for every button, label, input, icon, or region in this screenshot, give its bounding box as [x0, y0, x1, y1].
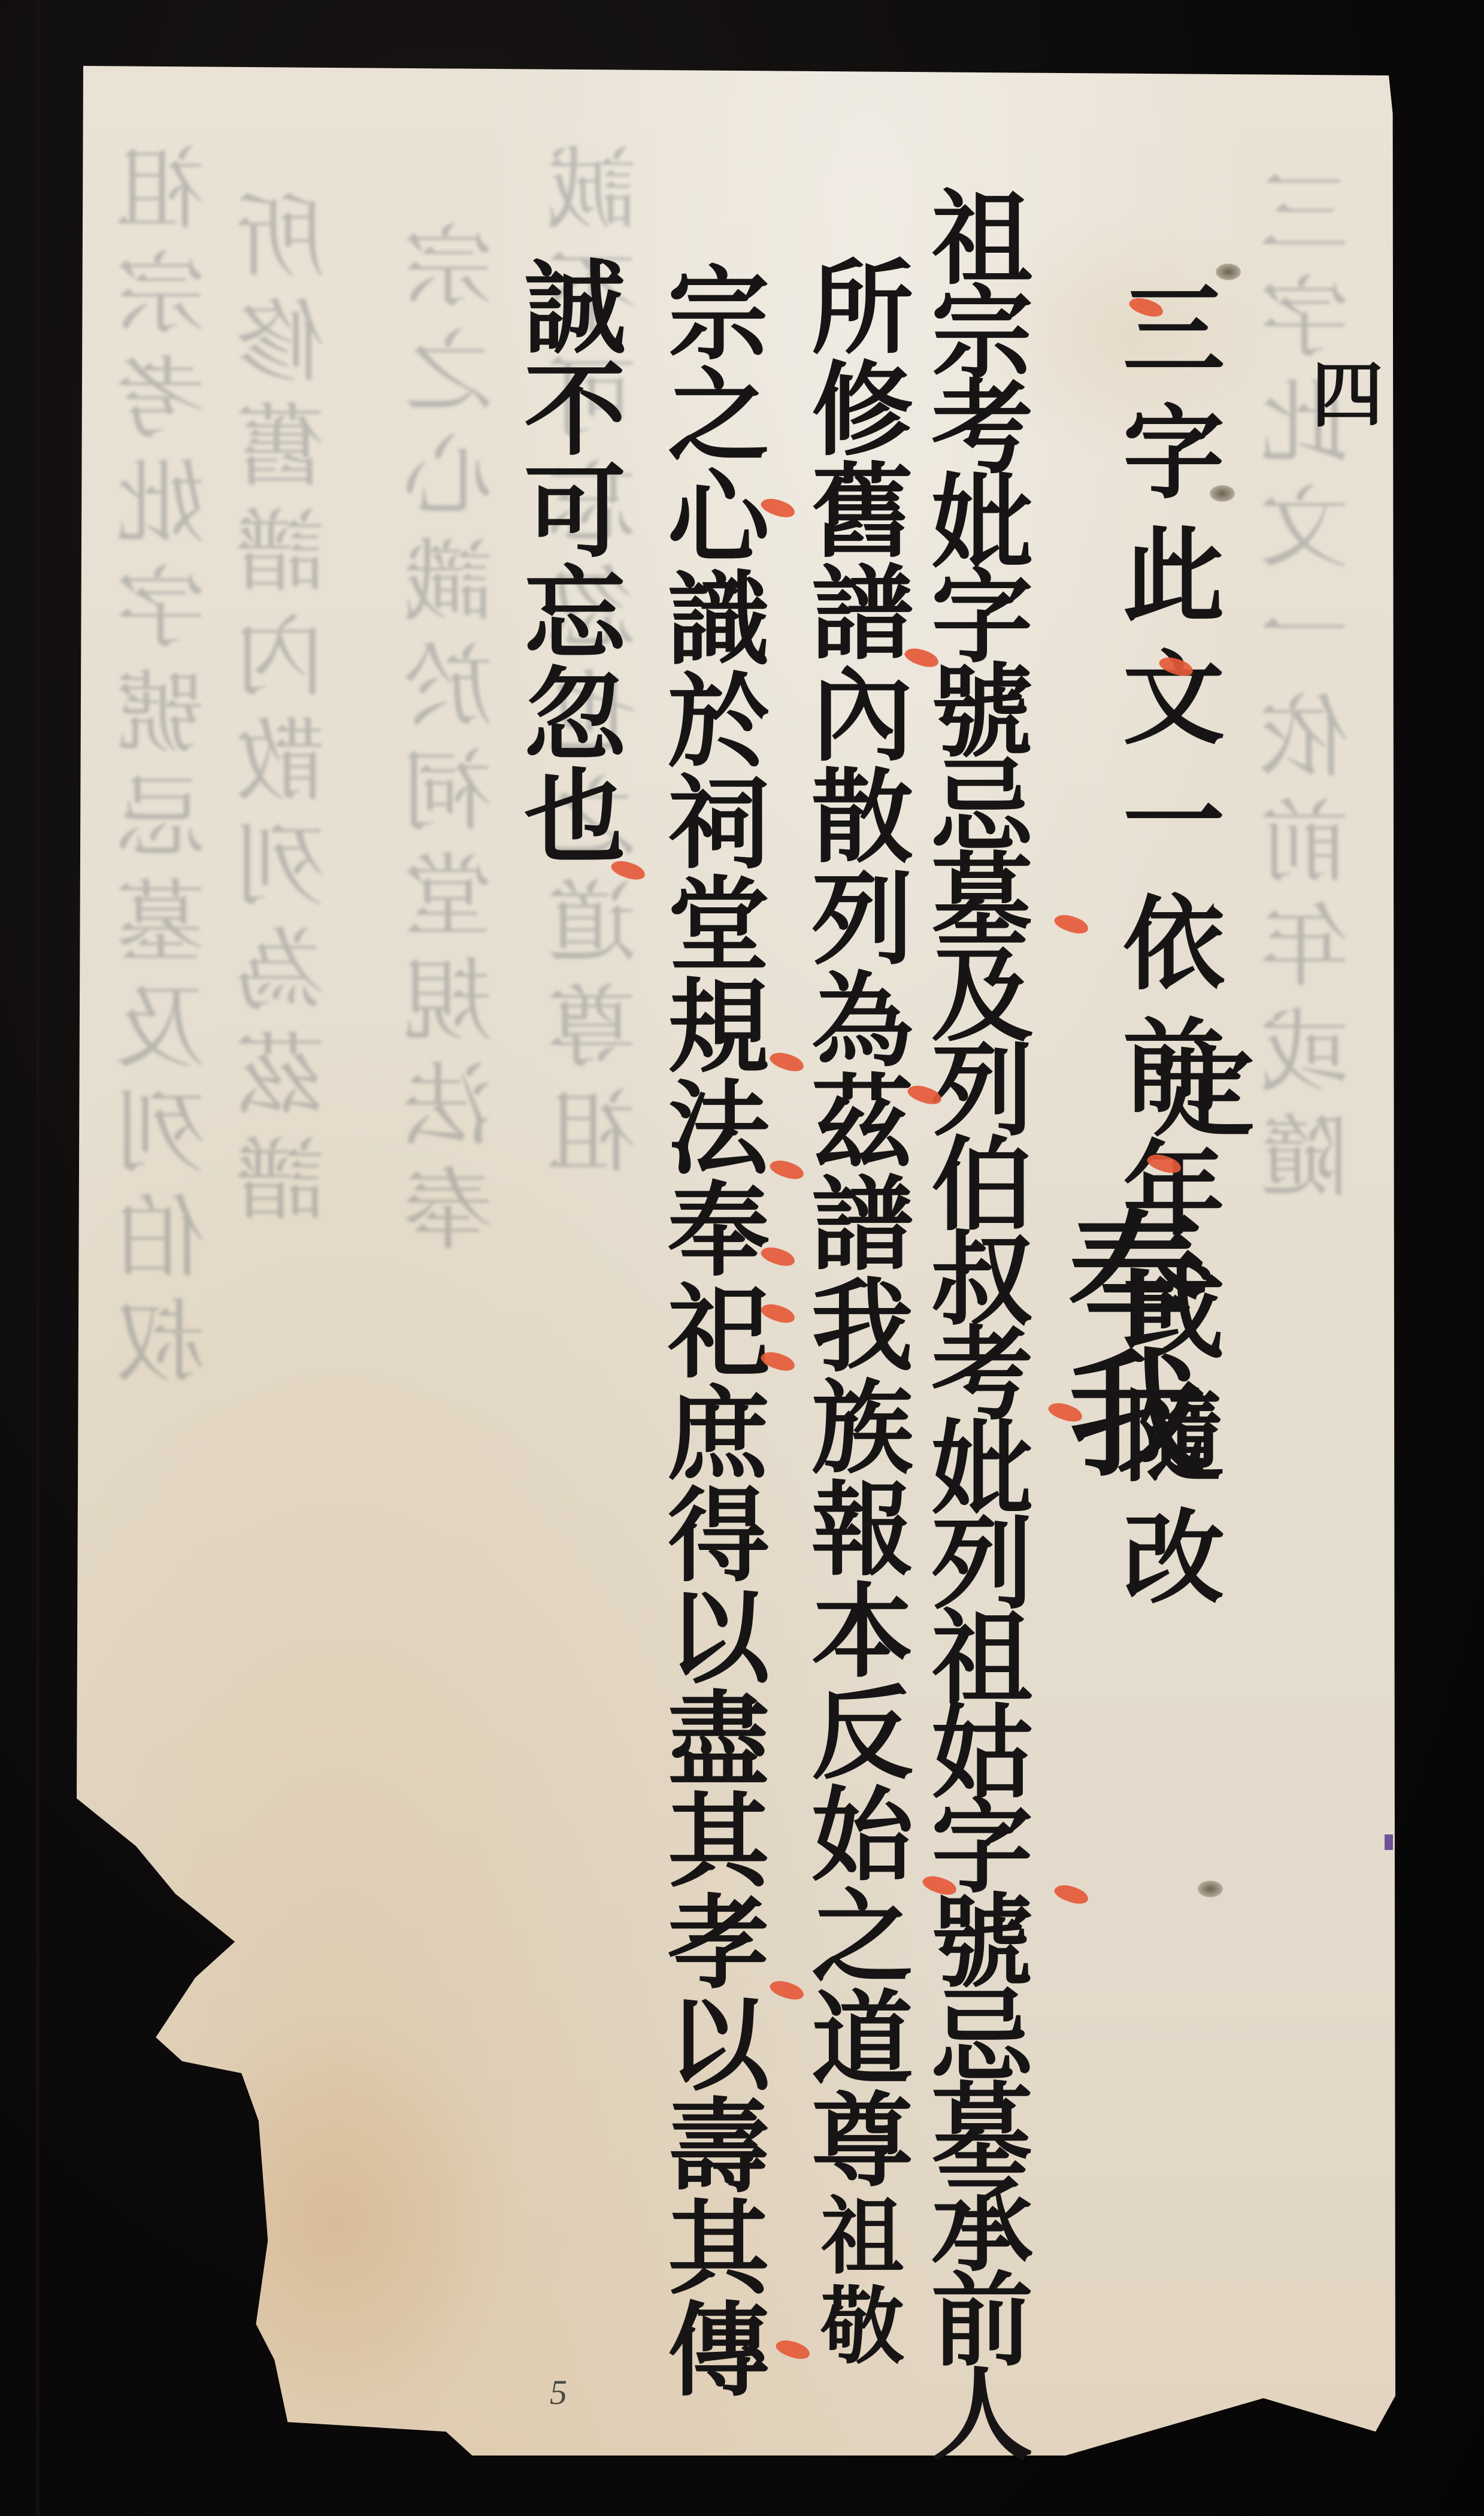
glyph: 散 [811, 767, 913, 868]
bleed-through-column: 所修舊譜內散列為茲譜 [220, 186, 340, 1234]
text-column-1-continuation: 奉我 [1048, 1192, 1204, 1491]
glyph: 定 [1153, 1030, 1255, 1153]
glyph: 姑 [931, 1706, 1033, 1800]
glyph: 祖 [931, 1611, 1033, 1706]
glyph: 叔 [931, 1233, 1033, 1327]
ghost-glyph: 為 [235, 919, 325, 1024]
glyph: 號 [931, 1895, 1033, 1990]
ghost-glyph: 宗 [403, 216, 493, 320]
glyph: 修 [811, 359, 913, 461]
glyph: 得 [668, 1485, 770, 1587]
glyph: 其 [668, 2198, 770, 2300]
ghost-glyph: 祠 [403, 740, 493, 844]
glyph: 始 [811, 1785, 913, 1887]
ghost-glyph: 祖 [547, 1081, 637, 1186]
glyph: 前 [931, 2273, 1033, 2368]
glyph: 之 [668, 365, 770, 467]
glyph: 字 [1123, 392, 1225, 515]
ghost-glyph: 所 [235, 186, 325, 290]
glyph: 孝 [668, 1893, 770, 1994]
glyph: 奉 [668, 1180, 770, 1282]
glyph: 敬 [820, 2282, 904, 2372]
glyph: 字 [931, 570, 1033, 665]
ghost-glyph: 號 [116, 662, 205, 767]
glyph: 族 [811, 1377, 913, 1479]
glyph: 誠 [524, 258, 626, 359]
glyph: 忌 [931, 1990, 1033, 2084]
glyph: 茲 [811, 1072, 913, 1174]
ghost-glyph: 妣 [116, 452, 205, 557]
glyph: 所 [811, 258, 913, 359]
glyph: 考 [931, 1327, 1033, 1422]
glyph: 識 [668, 569, 770, 671]
ghost-glyph: 字 [116, 557, 205, 662]
ghost-glyph: 宗 [116, 243, 205, 347]
glyph: 號 [931, 665, 1033, 759]
glyph: 改 [1123, 1497, 1225, 1620]
glyph: 內 [811, 665, 913, 767]
ghost-glyph: 堂 [403, 844, 493, 949]
ghost-glyph: 識 [403, 530, 493, 635]
glyph: 譜 [811, 1174, 913, 1276]
glyph: 法 [668, 1078, 770, 1180]
bleed-through-column: 祖宗考妣字號忌墓及列伯叔 [101, 138, 220, 1395]
page-number: 5 [550, 2372, 574, 2414]
ghost-glyph: 規 [403, 949, 493, 1054]
glyph: 譜 [811, 563, 913, 665]
ghost-glyph: 列 [116, 1081, 205, 1186]
glyph: 於 [668, 671, 770, 773]
glyph: 依 [1123, 883, 1225, 1006]
glyph: 我 [811, 1276, 913, 1377]
ghost-glyph: 內 [235, 605, 325, 710]
ghost-glyph: 忌 [116, 767, 205, 871]
glyph: 祀 [668, 1282, 770, 1383]
glyph: 以 [668, 1994, 770, 2096]
ghost-glyph: 於 [403, 635, 493, 740]
ghost-glyph: 依 [1259, 686, 1349, 791]
ghost-glyph: 三 [1259, 162, 1349, 267]
text-column-1-tail: 定 [1126, 1030, 1282, 1153]
glyph: 規 [668, 976, 770, 1078]
glyph: 不 [524, 359, 626, 461]
ghost-glyph: 修 [235, 290, 325, 395]
ghost-glyph: 尊 [547, 976, 637, 1081]
ghost-glyph: 年 [1259, 895, 1349, 1000]
glyph: 列 [931, 1516, 1033, 1611]
ghost-glyph: 一 [1259, 581, 1349, 686]
glyph: 列 [931, 1043, 1033, 1138]
glyph: 其 [668, 1791, 770, 1893]
ghost-glyph: 奉 [403, 1159, 493, 1264]
glyph: 忽 [524, 665, 626, 767]
glyph: 忌 [931, 759, 1033, 854]
glyph: 傳 [668, 2300, 770, 2402]
glyph: 可 [524, 461, 626, 563]
glyph: 盡 [668, 1689, 770, 1791]
glyph: 之 [811, 1887, 913, 1988]
text-column-4: 宗 之 心 識 於 祠 堂 規 法 奉 祀 庶 得 以 盡 其 孝 以 壽 其 … [641, 264, 796, 2402]
wormhole [1198, 1881, 1223, 1897]
glyph: 人 [931, 2368, 1033, 2463]
glyph: 妣 [931, 476, 1033, 570]
glyph: 為 [811, 970, 913, 1072]
glyph: 此 [1123, 515, 1225, 638]
ghost-glyph: 前 [1259, 791, 1349, 895]
bleed-through-column: 宗之心識於祠堂規法奉 [388, 216, 508, 1264]
ghost-glyph: 道 [547, 871, 637, 976]
ghost-glyph: 文 [1259, 476, 1349, 581]
glyph: 祠 [668, 773, 770, 874]
glyph: 舊 [811, 461, 913, 563]
glyph: 以 [668, 1587, 770, 1689]
ghost-glyph: 法 [403, 1054, 493, 1159]
glyph: 庶 [668, 1383, 770, 1485]
glyph: 本 [811, 1581, 913, 1683]
ghost-glyph: 譜 [235, 1129, 325, 1234]
ghost-glyph: 舊 [235, 395, 325, 500]
background-seam [36, 0, 40, 2516]
glyph: 列 [811, 868, 913, 970]
glyph: 墓 [931, 854, 1033, 949]
glyph: 尊 [811, 2090, 913, 2192]
ghost-glyph: 叔 [116, 1291, 205, 1395]
glyph: 一 [1123, 761, 1225, 883]
glyph: 道 [811, 1988, 913, 2090]
glyph: 墓 [931, 2084, 1033, 2179]
glyph: 祖 [931, 192, 1033, 286]
glyph: 承 [931, 2179, 1033, 2273]
continuation-text: 奉我 [1051, 1192, 1201, 1491]
glyph: 祖 [820, 2192, 904, 2282]
glyph: 反 [811, 1683, 913, 1785]
glyph: 宗 [931, 286, 1033, 381]
glyph: 報 [811, 1479, 913, 1581]
ghost-glyph: 祖 [116, 138, 205, 243]
ghost-glyph: 譜 [235, 500, 325, 605]
glyph: 三 [1123, 270, 1225, 392]
glyph: 也 [524, 767, 626, 868]
glyph: 忘 [524, 563, 626, 665]
glyph: 考 [931, 381, 1033, 476]
purple-ink-mark [1385, 1834, 1393, 1850]
glyph: 伯 [931, 1138, 1033, 1233]
text-column-3: 所 修 舊 譜 內 散 列 為 茲 譜 我 族 報 本 反 始 之 道 尊 祖 … [785, 258, 940, 2372]
glyph: 壽 [668, 2096, 770, 2198]
glyph: 及 [931, 949, 1033, 1043]
folio-marker: 四 [1306, 353, 1389, 437]
ghost-glyph: 散 [235, 710, 325, 815]
ghost-glyph: 及 [116, 976, 205, 1081]
glyph: 文 [1123, 638, 1225, 761]
ghost-glyph: 茲 [235, 1024, 325, 1129]
ghost-glyph: 誠 [547, 138, 637, 243]
glyph: 堂 [668, 874, 770, 976]
text-column-5: 誠 不 可 忘 忽 也 [497, 258, 653, 868]
glyph: 宗 [668, 264, 770, 365]
ghost-glyph: 墓 [116, 871, 205, 976]
ghost-glyph: 伯 [116, 1186, 205, 1291]
ghost-glyph: 列 [235, 815, 325, 919]
glyph: 妣 [931, 1422, 1033, 1516]
ghost-glyph: 之 [403, 320, 493, 425]
glyph: 心 [668, 467, 770, 569]
ghost-glyph: 考 [116, 347, 205, 452]
ghost-glyph: 心 [403, 425, 493, 530]
